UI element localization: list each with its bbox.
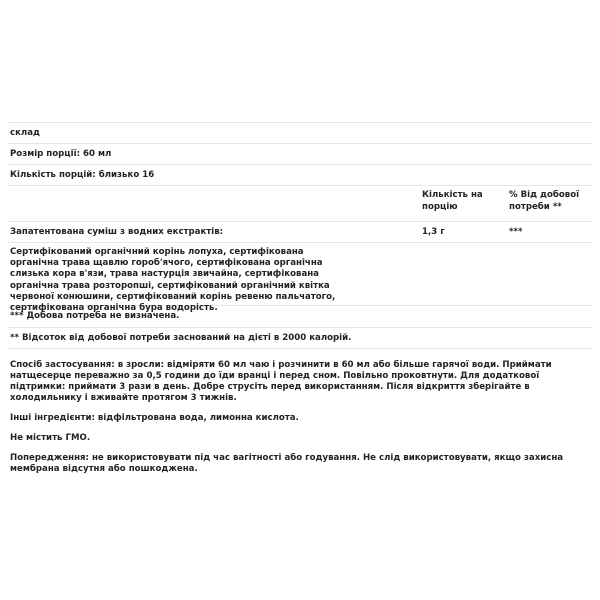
ingredient-amount: 1,3 г — [422, 227, 509, 238]
serving-size: Розмір порції: 60 мл — [10, 149, 111, 160]
warning-text: Попередження: не використовувати під час… — [10, 453, 594, 475]
other-ingredients-text: Інші інгредієнти: відфільтрована вода, л… — [10, 413, 594, 424]
facts-title-row: склад — [8, 122, 592, 143]
table-row: Запатентована суміш з водних екстрактів:… — [8, 221, 592, 242]
footnote-not-established: *** Добова потреба не визначена. — [10, 311, 179, 322]
product-info: Спосіб застосування: в зросли: відміряти… — [10, 360, 594, 484]
blend-description-row: Сертифікований органічний корінь лопуха,… — [8, 242, 592, 305]
servings-count-row: Кількість порцій: близько 16 — [8, 164, 592, 185]
footnote-percent-basis: ** Відсоток від добової потреби заснован… — [10, 333, 351, 344]
ingredient-name: Запатентована суміш з водних екстрактів: — [10, 227, 422, 238]
header-blank — [10, 190, 422, 221]
blend-description: Сертифікований органічний корінь лопуха,… — [10, 247, 335, 313]
supplement-facts-table: склад Розмір порції: 60 мл Кількість пор… — [8, 122, 592, 349]
servings-count: Кількість порцій: близько 16 — [10, 170, 154, 181]
footnote-row: ** Відсоток від добової потреби заснован… — [8, 327, 592, 349]
ingredient-daily-value: *** — [509, 227, 590, 238]
table-header-row: Кількість на порцію % Від добової потреб… — [8, 185, 592, 221]
header-daily-value: % Від добової потреби ** — [509, 190, 590, 221]
gmo-text: Не містить ГМО. — [10, 433, 594, 444]
serving-size-row: Розмір порції: 60 мл — [8, 143, 592, 164]
facts-title: склад — [10, 128, 40, 139]
header-amount: Кількість на порцію — [422, 190, 509, 221]
usage-text: Спосіб застосування: в зросли: відміряти… — [10, 360, 594, 404]
